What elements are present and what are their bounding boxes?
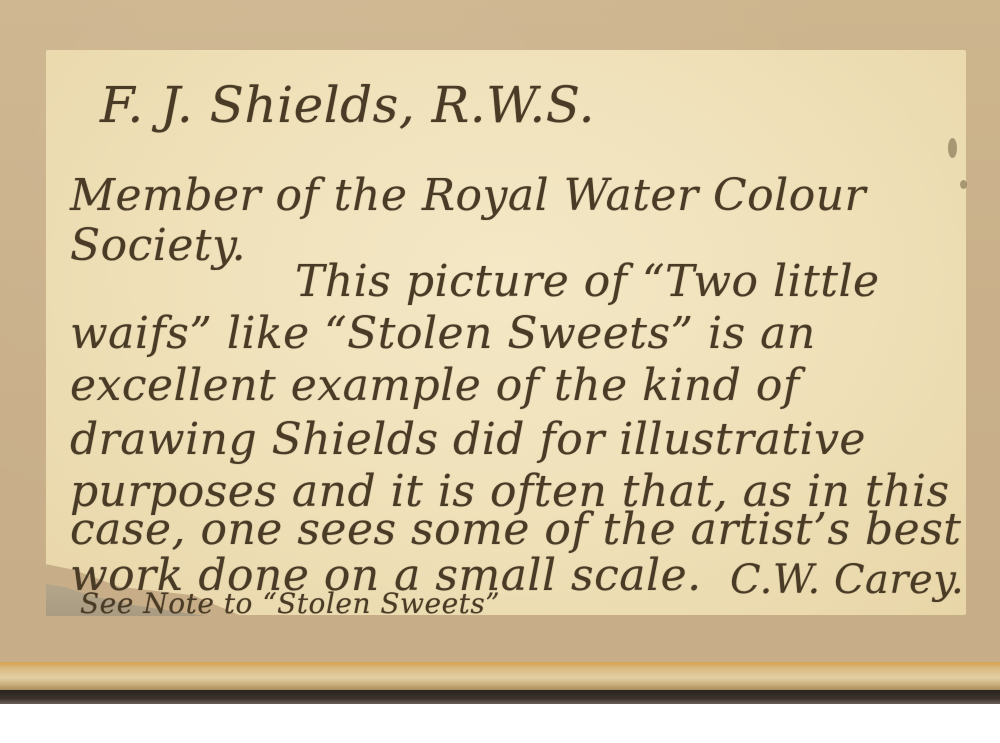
ink-stain — [948, 138, 957, 158]
note-line: Member of the Royal Water Colour — [70, 174, 866, 218]
signature: C.W. Carey. — [730, 560, 964, 600]
note-line: drawing Shields did for illustrative — [70, 418, 866, 462]
photo-scene: F. J. Shields, R.W.S. Member of the Roya… — [0, 0, 1000, 743]
note-line: Society. — [70, 224, 246, 268]
gilt-frame-edge — [0, 662, 1000, 690]
note-line: case, one sees some of the artist’s best — [70, 508, 961, 552]
ink-stain — [960, 180, 967, 189]
frame-shadow — [0, 690, 1000, 704]
note-line: This picture of “Two little — [295, 260, 880, 304]
note-line: waifs” like “Stolen Sweets” is an — [70, 312, 816, 356]
note-heading: F. J. Shields, R.W.S. — [100, 80, 595, 130]
note-line: excellent example of the kind of — [70, 364, 800, 408]
footnote: See Note to “Stolen Sweets” — [80, 590, 500, 618]
